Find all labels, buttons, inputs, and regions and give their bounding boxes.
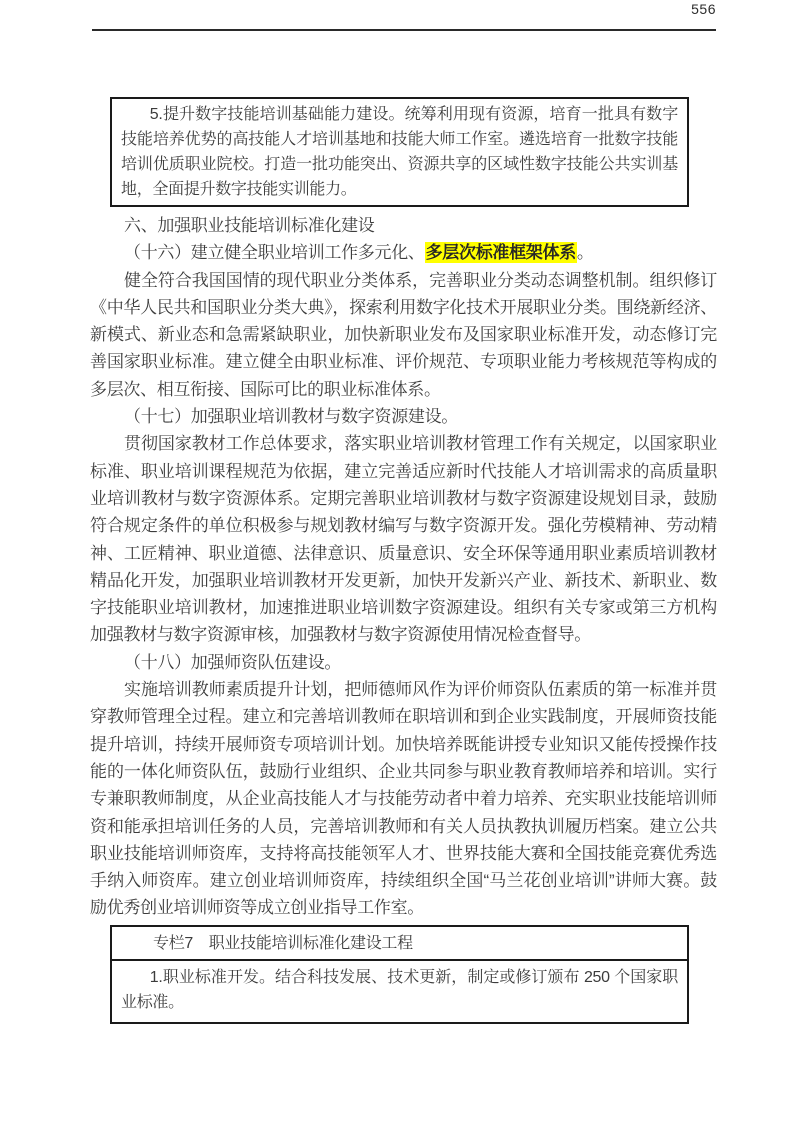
document-body: 5.提升数字技能培训基础能力建设。统筹利用现有资源，培育一批具有数字技能培养优势… [90,97,717,1024]
clause-16-paragraph: 健全符合我国国情的现代职业分类体系，完善职业分类动态调整机制。组织修订《中华人民… [90,267,717,403]
document-page: 556 5.提升数字技能培训基础能力建设。统筹利用现有资源，培育一批具有数字技能… [0,0,793,1122]
section-heading-6: 六、加强职业技能培训标准化建设 [90,212,717,239]
callout-box-item5: 5.提升数字技能培训基础能力建设。统筹利用现有资源，培育一批具有数字技能培养优势… [110,97,689,207]
clause-16-prefix: （十六）建立健全职业培训工作多元化、 [124,243,425,262]
clause-16-heading: （十六）建立健全职业培训工作多元化、多层次标准框架体系。 [90,239,717,266]
clause-17-heading: （十七）加强职业培训教材与数字资源建设。 [90,403,717,430]
clause-18-heading: （十八）加强师资队伍建设。 [90,649,717,676]
column-box-7-item1: 1.职业标准开发。结合科技发展、技术更新，制定或修订颁布 250 个国家职业标准… [121,965,678,1015]
clause-16-suffix: 。 [577,243,594,262]
column-box-7-body: 1.职业标准开发。结合科技发展、技术更新，制定或修订颁布 250 个国家职业标准… [112,961,687,1022]
column-box-7: 专栏7 职业技能培训标准化建设工程 1.职业标准开发。结合科技发展、技术更新，制… [110,925,689,1024]
clause-17-paragraph: 贯彻国家教材工作总体要求，落实职业培训教材管理工作有关规定，以国家职业标准、职业… [90,430,717,648]
highlighted-text: 多层次标准框架体系 [425,242,577,263]
page-number: 556 [691,1,716,17]
callout-box-item5-text: 5.提升数字技能培训基础能力建设。统筹利用现有资源，培育一批具有数字技能培养优势… [121,102,678,202]
clause-18-paragraph: 实施培训教师素质提升计划，把师德师风作为评价师资队伍素质的第一标准并贯穿教师管理… [90,676,717,922]
column-box-7-title: 专栏7 职业技能培训标准化建设工程 [112,927,687,961]
header-rule [92,29,716,31]
